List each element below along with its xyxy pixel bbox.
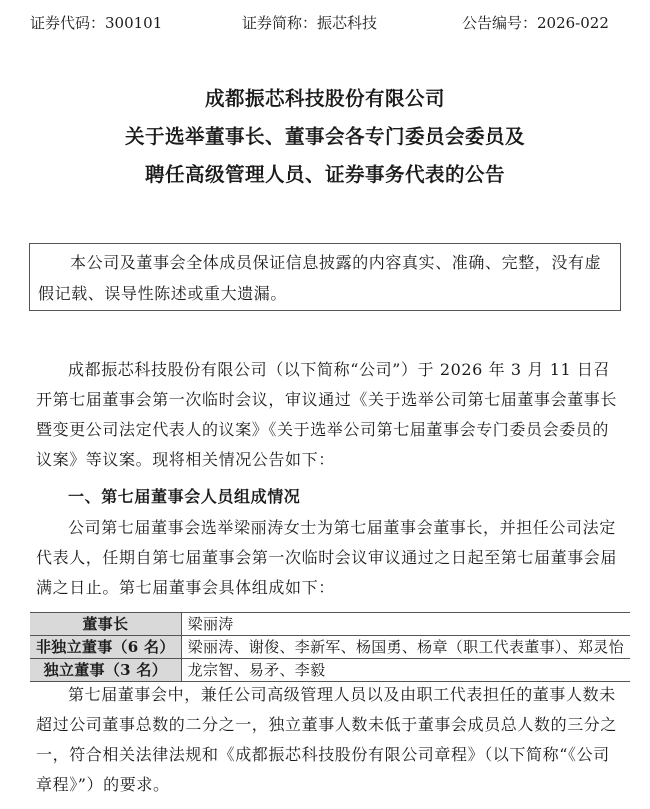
stock-code: 证券代码：300101 bbox=[30, 11, 162, 35]
compliance-paragraph-container: 第七届董事会中，兼任公司高级管理人员以及由职工代表担任的董事人数未超过公司董事总… bbox=[36, 680, 624, 800]
title-line-3: 聘任高级管理人员、证券事务代表的公告 bbox=[0, 156, 650, 194]
table-label-non-independent-directors: 非独立董事（6 名） bbox=[30, 636, 181, 659]
table-value-chairman: 梁丽涛 bbox=[181, 613, 630, 636]
table-label-independent-directors: 独立董事（3 名） bbox=[30, 659, 181, 682]
table-row: 独立董事（3 名） 龙宗智、易矛、李毅 bbox=[30, 659, 630, 682]
board-paragraph-container: 公司第七届董事会选举梁丽涛女士为第七届董事会董事长，并担任公司法定代表人，任期自… bbox=[36, 513, 624, 603]
document-header: 证券代码：300101 证券简称：振芯科技 公告编号：2026-022 bbox=[0, 11, 650, 35]
table-row: 董事长 梁丽涛 bbox=[30, 613, 630, 636]
intro-paragraph-container: 成都振芯科技股份有限公司（以下简称“公司”）于 2026 年 3 月 11 日召… bbox=[36, 355, 624, 475]
table-value-independent-directors: 龙宗智、易矛、李毅 bbox=[181, 659, 630, 682]
board-composition-table: 董事长 梁丽涛 非独立董事（6 名） 梁丽涛、谢俊、李新军、杨国勇、杨章（职工代… bbox=[30, 612, 630, 682]
table-label-chairman: 董事长 bbox=[30, 613, 181, 636]
compliance-paragraph: 第七届董事会中，兼任公司高级管理人员以及由职工代表担任的董事人数未超过公司董事总… bbox=[36, 680, 624, 800]
document-title: 成都振芯科技股份有限公司 关于选举董事长、董事会各专门委员会委员及 聘任高级管理… bbox=[0, 80, 650, 194]
title-line-2: 关于选举董事长、董事会各专门委员会委员及 bbox=[0, 118, 650, 156]
title-company-name: 成都振芯科技股份有限公司 bbox=[0, 80, 650, 118]
disclosure-notice-text: 本公司及董事会全体成员保证信息披露的内容真实、准确、完整，没有虚假记载、误导性陈… bbox=[30, 244, 620, 309]
table-row: 非独立董事（6 名） 梁丽涛、谢俊、李新军、杨国勇、杨章（职工代表董事）、郑灵怡 bbox=[30, 636, 630, 659]
stock-abbreviation: 证券简称：振芯科技 bbox=[242, 11, 377, 35]
section-heading-1: 一、第七届董事会人员组成情况 bbox=[36, 482, 624, 512]
disclosure-notice-box: 本公司及董事会全体成员保证信息披露的内容真实、准确、完整，没有虚假记载、误导性陈… bbox=[29, 243, 621, 311]
announcement-number: 公告编号：2026-022 bbox=[462, 11, 609, 35]
intro-paragraph: 成都振芯科技股份有限公司（以下简称“公司”）于 2026 年 3 月 11 日召… bbox=[36, 355, 624, 475]
board-composition-paragraph: 公司第七届董事会选举梁丽涛女士为第七届董事会董事长，并担任公司法定代表人，任期自… bbox=[36, 513, 624, 603]
table-value-non-independent-directors: 梁丽涛、谢俊、李新军、杨国勇、杨章（职工代表董事）、郑灵怡 bbox=[181, 636, 630, 659]
